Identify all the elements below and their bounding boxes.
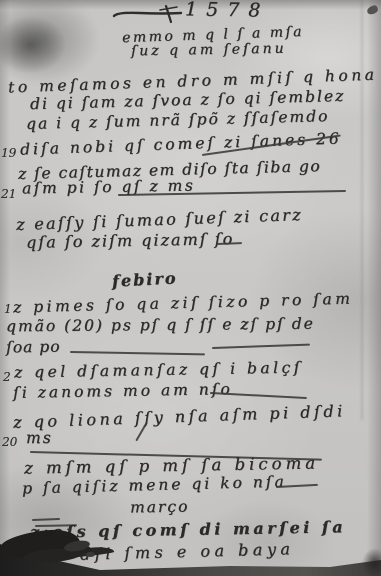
manuscript-line: z qo liona ſſy nſa aſm pi dſdi [13,403,346,431]
margin-number: 21 [1,188,16,200]
bottom-right-corner-curl [362,548,381,576]
right-paper-crease [361,0,363,420]
margin-number: 1 [4,303,12,315]
month-heading-march: março [130,499,190,516]
manuscript-line: z eaſſy ſi ſumao ſueſ zi carz [16,207,303,233]
manuscript-line: diſa nobi qſ comeſ zi ſanes 26 [20,131,342,158]
margin-number: 20 [2,436,17,448]
manuscript-line: dſi ſms e oa baya [80,541,295,563]
heading-line-2: ſuz q am ſeſanu [131,42,287,59]
manuscript-line: qſa ſo ziſm qizamſ ſo [26,231,234,251]
month-heading-february: febiro [112,270,178,289]
manuscript-line: z pimes ſo qa ziſ ſizo p ro ſam [13,292,354,316]
manuscript-line: ms [26,431,53,447]
margin-number: 19 [1,147,16,159]
year-heading: 1578 [185,0,270,20]
manuscript-line: qmão (20) ps pſ q ſ ſſ e zſ pſ de [6,317,315,335]
flourish-line [70,351,205,355]
right-paper-edge [367,0,381,576]
flourish-line [212,344,310,349]
ink-blot-speck [86,552,95,557]
manuscript-line: ſoa po [6,340,61,356]
flourish-line [32,518,60,521]
margin-number: 2 [3,371,11,383]
manuscript-page-photo: 1578 emmo m q l ſ a mſa ſuz q am ſeſanu … [0,0,381,576]
manuscript-line: qa i q z ſum nrã ſpõ z ſſaſemdo [26,109,330,132]
manuscript-line: p ſa qiſiz mene qi ko nſa [22,475,287,497]
manuscript-line: z qel dſamanſaz qſ i balçſ [14,360,303,381]
manuscript-line: ſi zanoms mo am nſo [13,382,233,401]
